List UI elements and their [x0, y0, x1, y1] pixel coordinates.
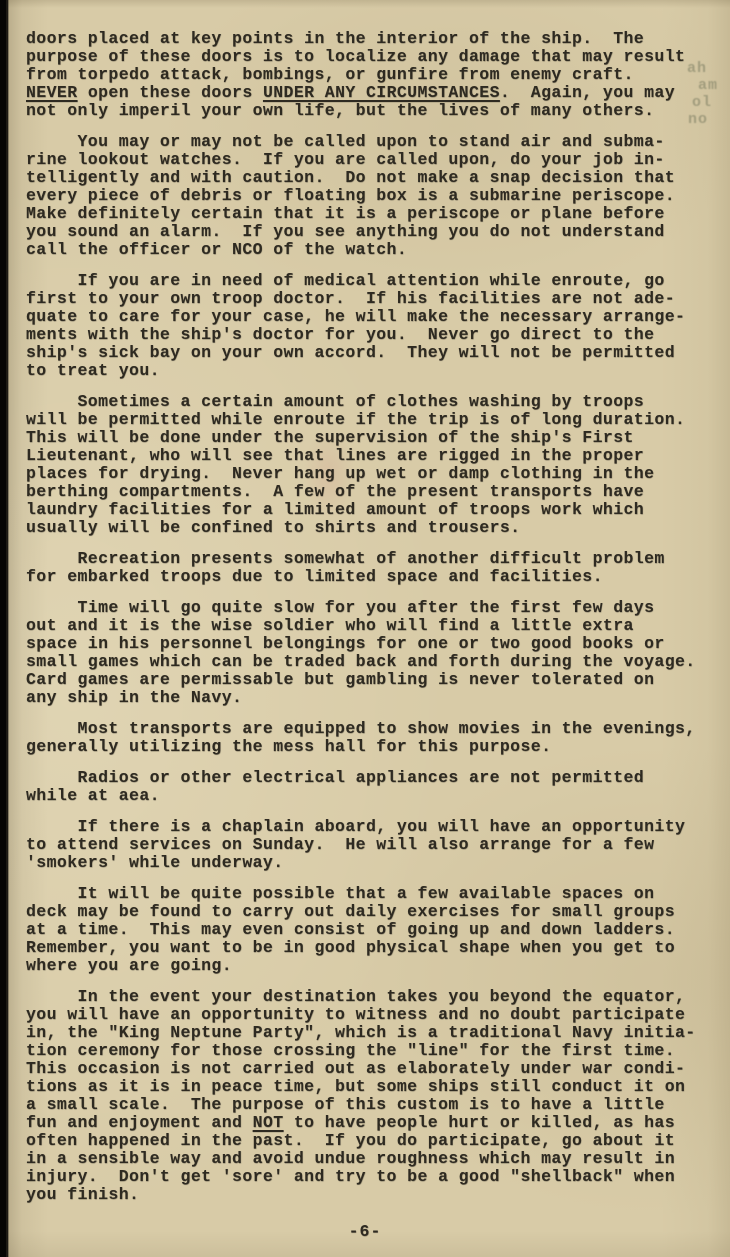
text-run: If you are in need of medical attention … — [26, 271, 685, 380]
binding-edge — [0, 0, 9, 1257]
paragraph: Radios or other electrical appliances ar… — [26, 769, 696, 805]
paragraph: If there is a chaplain aboard, you will … — [26, 818, 696, 872]
text-run: If there is a chaplain aboard, you will … — [26, 817, 685, 872]
bleed-through-text: am — [698, 77, 718, 94]
text-run: You may or may not be called upon to sta… — [26, 132, 675, 259]
text-run: Radios or other electrical appliances ar… — [26, 768, 644, 805]
text-run: open these doors — [78, 83, 263, 102]
text-run: doors placed at key points in the interi… — [26, 29, 685, 84]
text-run: It will be quite possible that a few ava… — [26, 884, 675, 975]
paragraph: Sometimes a certain amount of clothes wa… — [26, 393, 696, 537]
underlined-text: UNDER ANY CIRCUMSTANCES — [263, 83, 500, 102]
page-number: -6- — [0, 1222, 730, 1241]
scanned-page: ahamolno doors placed at key points in t… — [0, 0, 730, 1257]
paragraph: You may or may not be called upon to sta… — [26, 133, 696, 259]
paragraph: It will be quite possible that a few ava… — [26, 885, 696, 975]
text-run: Time will go quite slow for you after th… — [26, 598, 696, 707]
text-run: Sometimes a certain amount of clothes wa… — [26, 392, 685, 537]
paragraph: Most transports are equipped to show mov… — [26, 720, 696, 756]
underlined-text: NOT — [253, 1113, 284, 1132]
text-run: Most transports are equipped to show mov… — [26, 719, 696, 756]
text-run: In the event your destination takes you … — [26, 987, 696, 1132]
paragraph: Recreation presents somewhat of another … — [26, 550, 696, 586]
paragraph: doors placed at key points in the interi… — [26, 30, 696, 120]
paragraph: In the event your destination takes you … — [26, 988, 696, 1204]
text-run: Recreation presents somewhat of another … — [26, 549, 665, 586]
document-body: doors placed at key points in the interi… — [26, 30, 696, 1217]
paragraph: If you are in need of medical attention … — [26, 272, 696, 380]
paragraph: Time will go quite slow for you after th… — [26, 599, 696, 707]
underlined-text: NEVER — [26, 83, 78, 102]
